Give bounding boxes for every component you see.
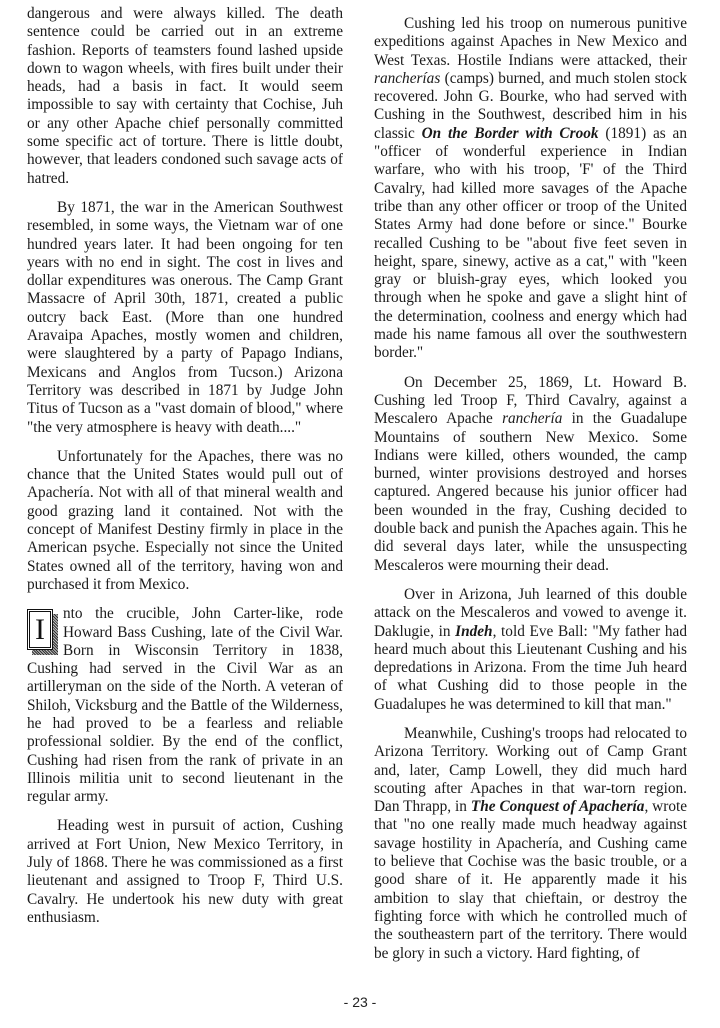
book-title: On the Border with Crook — [422, 125, 599, 142]
paragraph-fort-union: Heading west in pursuit of action, Cushi… — [27, 817, 343, 927]
page-number: - 23 - — [0, 993, 720, 1011]
paragraph-apacheria: Unfortunately for the Apaches, there was… — [27, 448, 343, 594]
text-run: (1891) as an "officer of wonderful exper… — [374, 125, 687, 362]
paragraph-cushing-intro: I nto the crucible, John Carter-like, ro… — [27, 605, 343, 806]
paragraph-cushing-intro-text: nto the crucible, John Carter-like, rode… — [27, 605, 343, 805]
right-column: Cushing led his troop on numerous puniti… — [374, 15, 687, 974]
italic-term: rancherías — [374, 70, 440, 87]
paragraph-arizona-relocation: Meanwhile, Cushing's troops had relocate… — [374, 725, 687, 963]
paragraph-juh-revenge: Over in Arizona, Juh learned of this dou… — [374, 586, 687, 714]
paragraph-december-1869: On December 25, 1869, Lt. Howard B. Cush… — [374, 374, 687, 575]
italic-term: ranchería — [502, 410, 562, 427]
left-column: dangerous and were always killed. The de… — [27, 5, 343, 938]
paragraph-war-1871: By 1871, the war in the American Southwe… — [27, 199, 343, 437]
paragraph-torture: dangerous and were always killed. The de… — [27, 5, 343, 188]
book-title: The Conquest of Apachería — [471, 798, 645, 815]
text-run: in the Guadalupe Mountains of southern N… — [374, 410, 687, 573]
drop-cap-letter: I — [27, 609, 53, 650]
text-run: Cushing led his troop on numerous puniti… — [374, 15, 687, 69]
text-run: , wrote that "no one really made much he… — [374, 798, 687, 961]
book-title: Indeh — [455, 623, 492, 640]
paragraph-punitive-expeditions: Cushing led his troop on numerous puniti… — [374, 15, 687, 363]
drop-cap: I — [27, 609, 58, 655]
